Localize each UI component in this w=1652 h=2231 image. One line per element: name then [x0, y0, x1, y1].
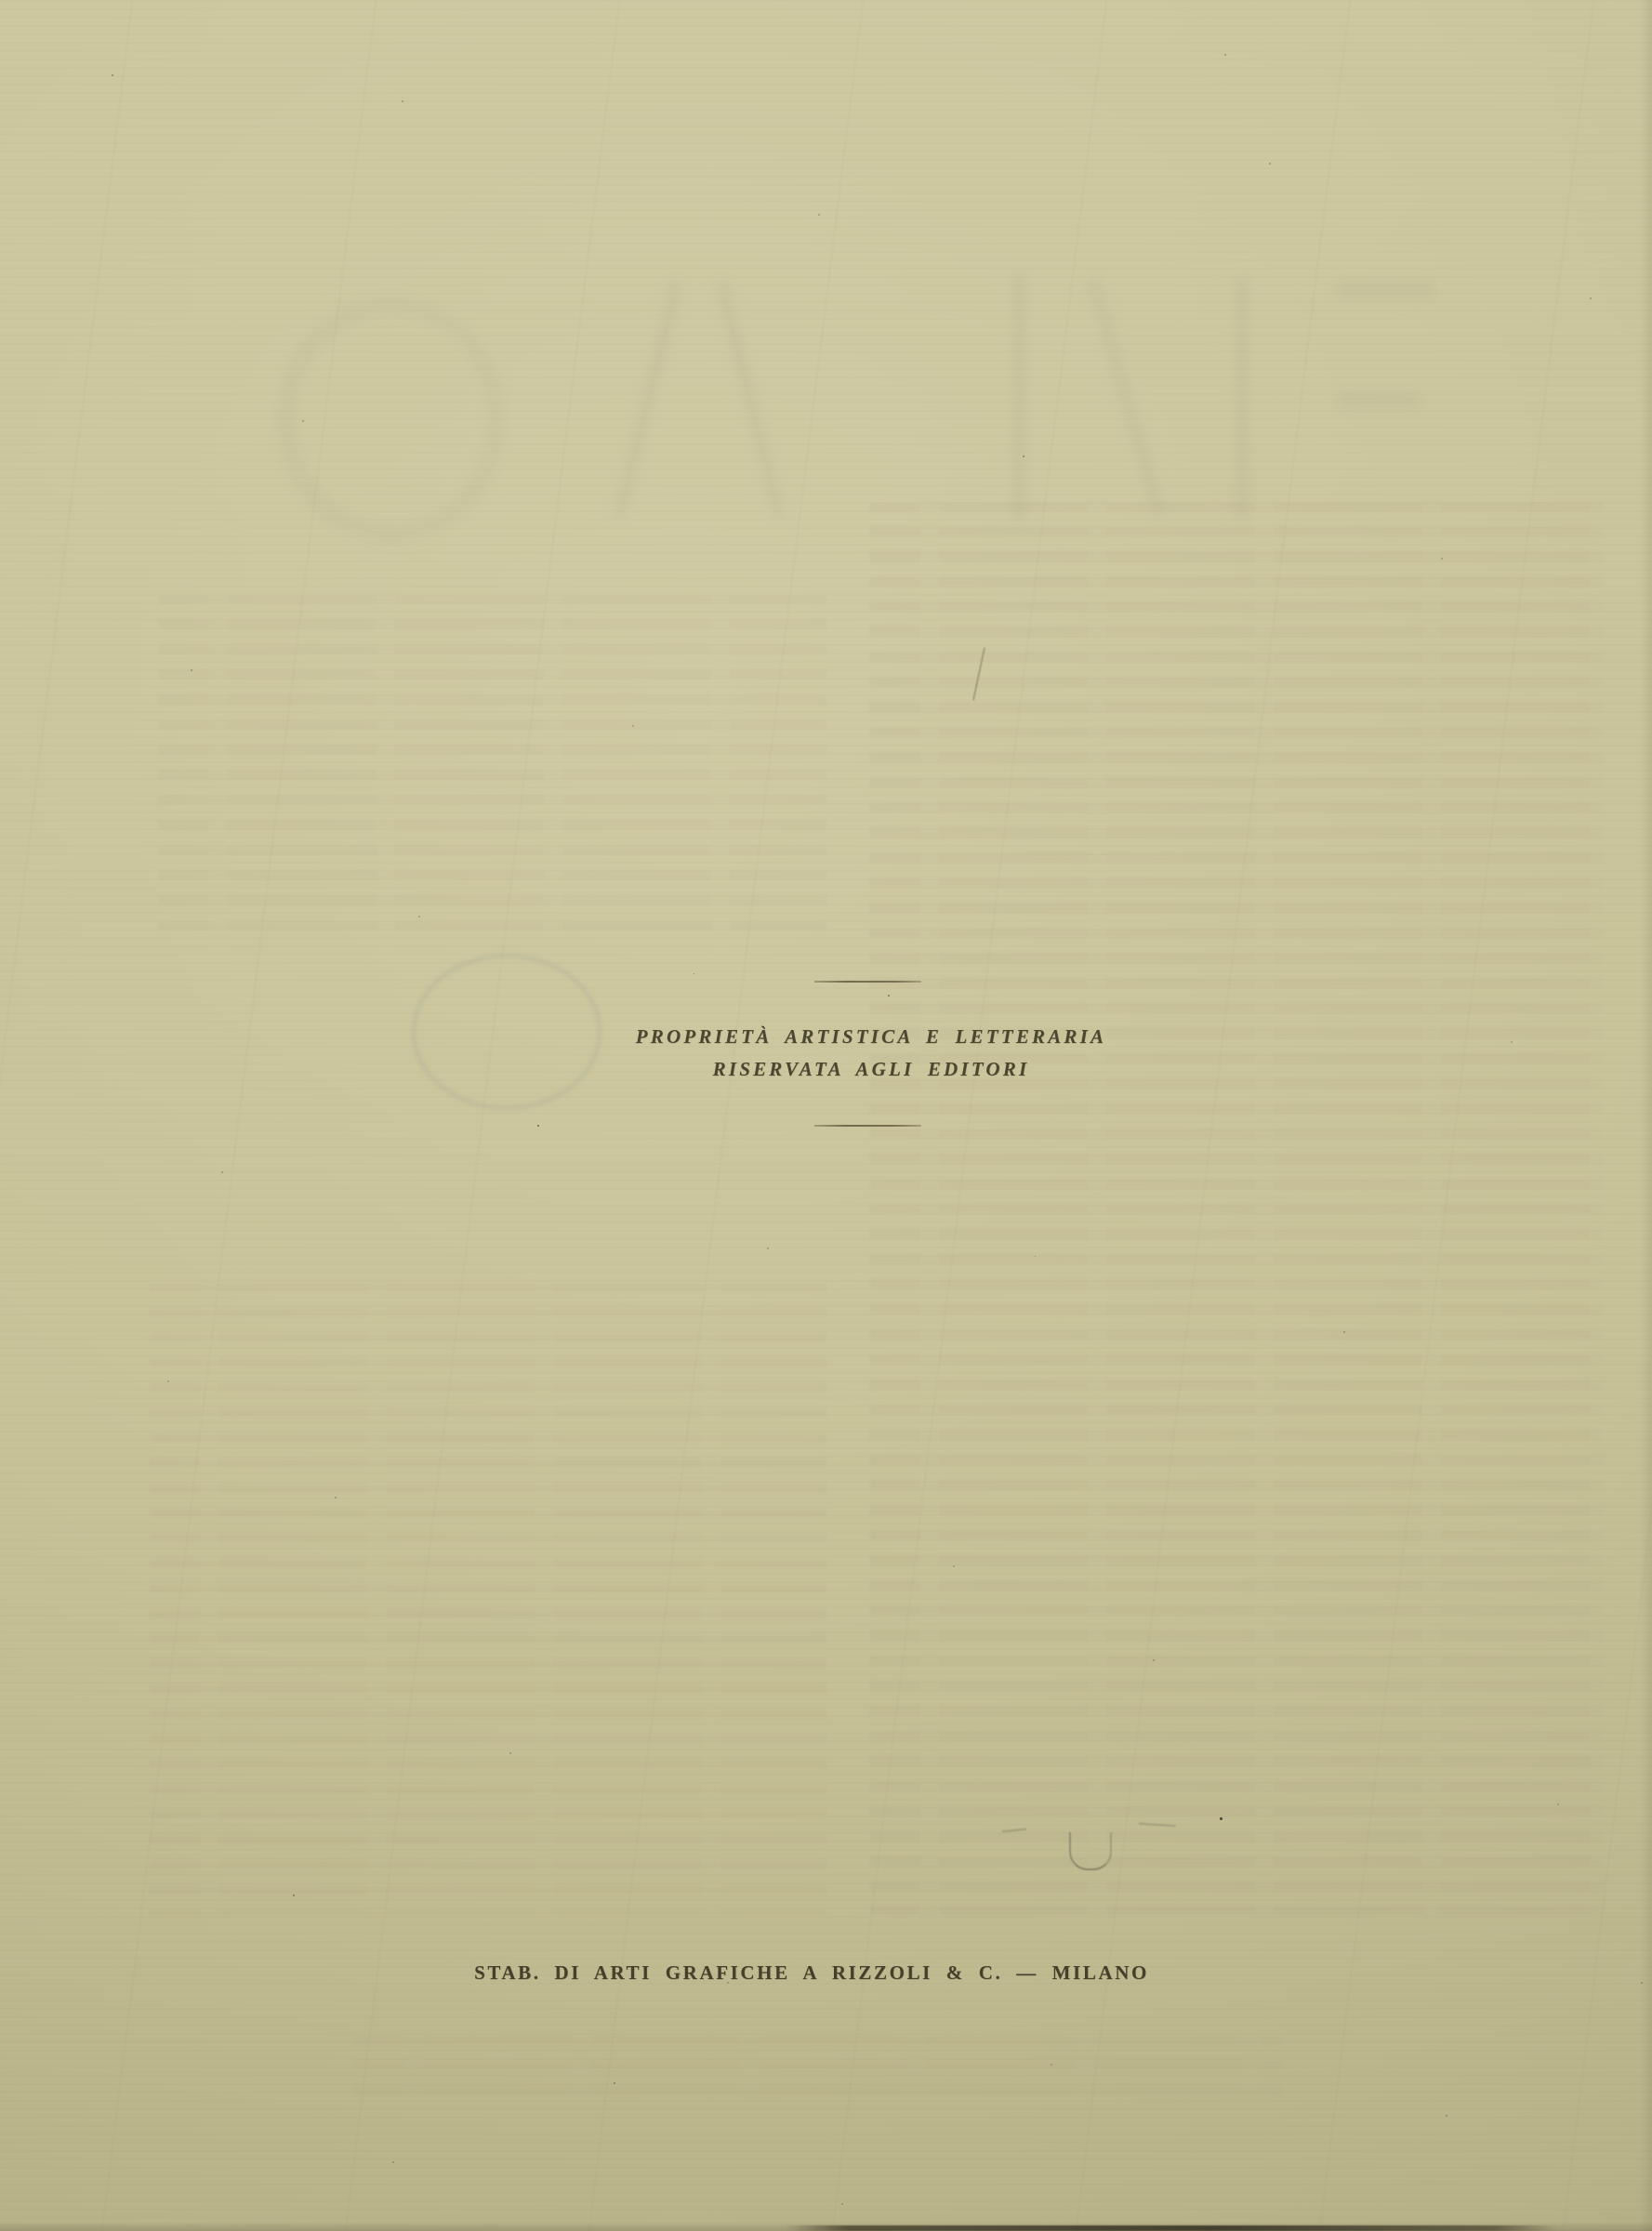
- ghost-title-showthrough: [1236, 279, 1248, 516]
- pencil-curve-mark: [1069, 1831, 1112, 1870]
- ghost-paragraph-showthrough: [158, 595, 827, 948]
- copyright-line-2: RISERVATA AGLI EDITORI: [406, 1058, 1336, 1081]
- ghost-title-showthrough: [1087, 277, 1167, 517]
- ghost-title-showthrough: [279, 297, 504, 541]
- ghost-title-showthrough: [1339, 395, 1418, 407]
- scan-right-edge-shadow: [1639, 0, 1652, 2231]
- ghost-title-showthrough: [1013, 274, 1025, 521]
- ghost-title-showthrough: [715, 281, 786, 519]
- printer-imprint: STAB. DI ARTI GRAFICHE A RIZZOLI & C. — …: [347, 1961, 1276, 1985]
- paper-speckles: [112, 74, 113, 76]
- ghost-title-showthrough: [1339, 284, 1432, 297]
- ghost-title-showthrough: [613, 281, 683, 519]
- ghost-paragraph-showthrough: [149, 1283, 827, 1915]
- copyright-line-1: PROPRIETÀ ARTISTICA E LETTERARIA: [406, 1025, 1336, 1049]
- scanned-page: PROPRIETÀ ARTISTICA E LETTERARIA RISERVA…: [0, 0, 1652, 2231]
- ghost-paragraph-showthrough: [869, 502, 1604, 1915]
- copyright-rule-top: [814, 981, 921, 983]
- copyright-rule-bottom: [814, 1125, 921, 1127]
- scan-bottom-edge-strip: [786, 2225, 1557, 2231]
- ghost-paragraph-showthrough: [353, 2036, 1283, 2110]
